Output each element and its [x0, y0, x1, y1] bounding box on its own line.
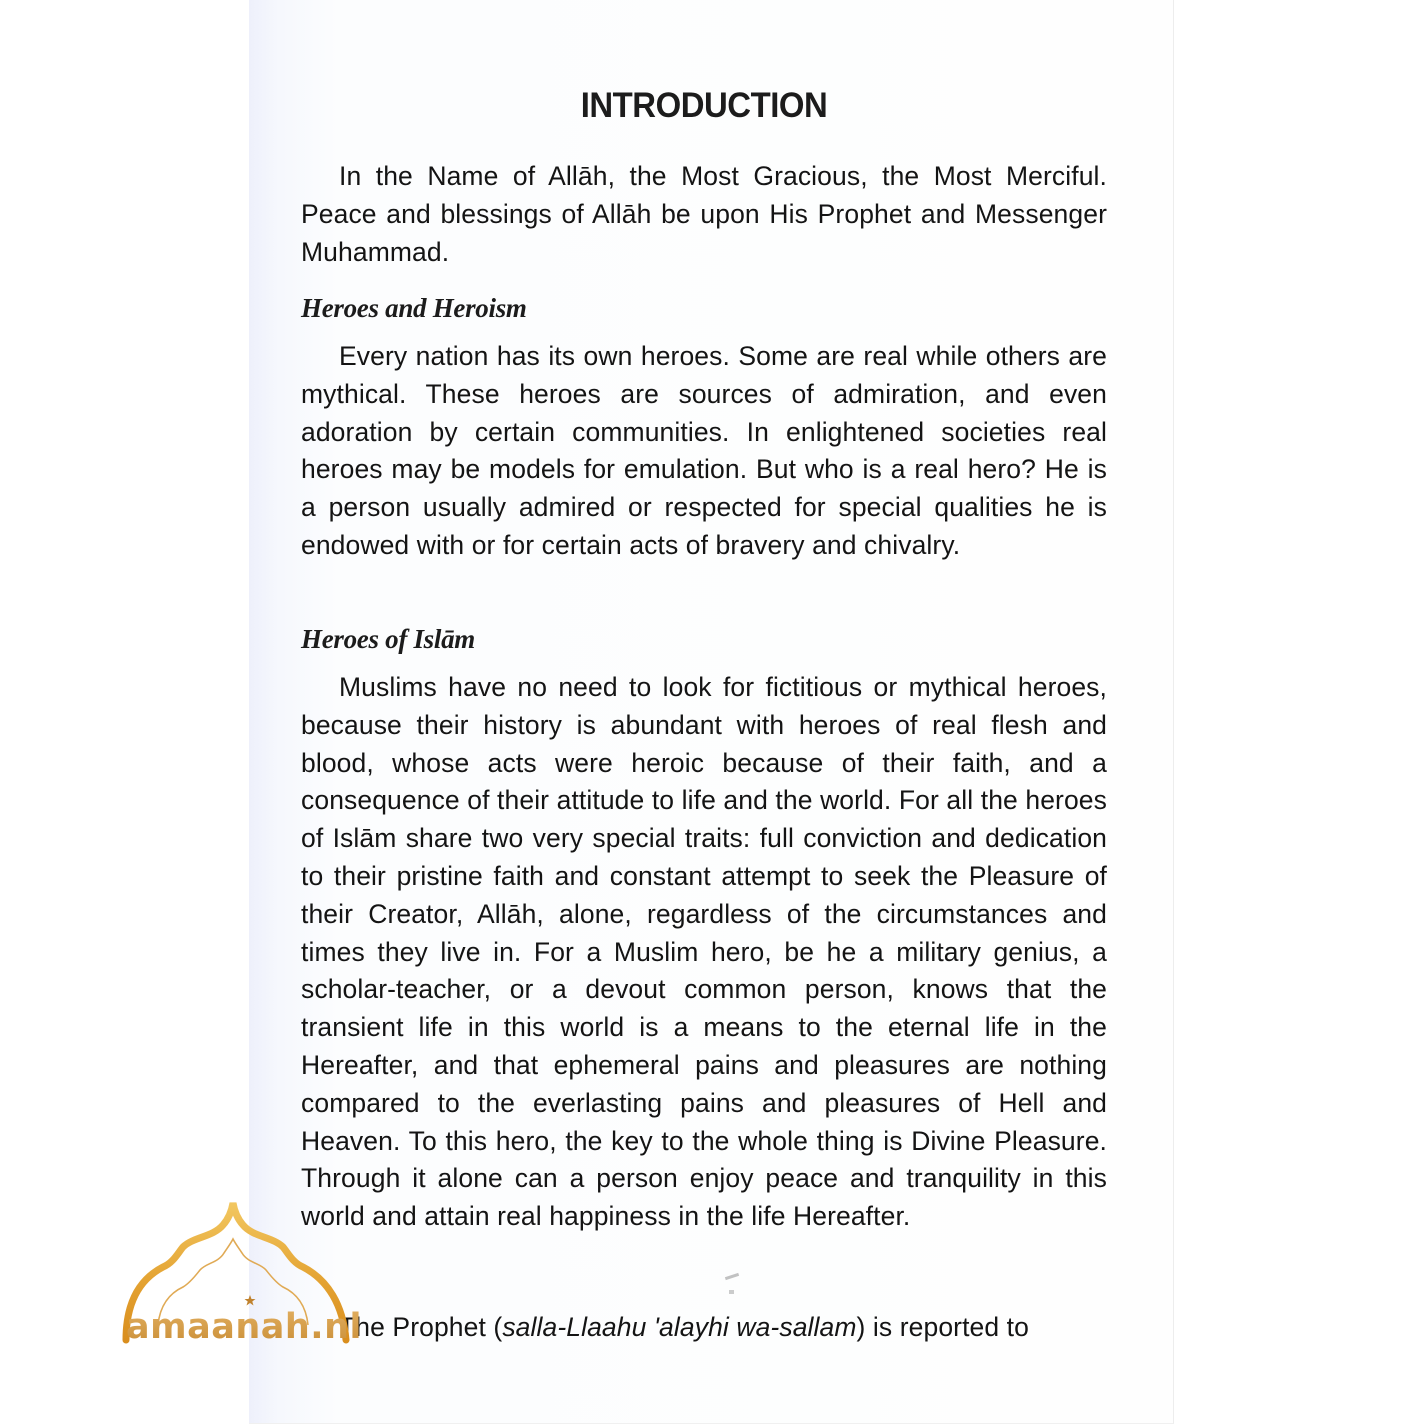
heroism-paragraph: Every nation has its own heroes. Some ar… — [301, 338, 1107, 565]
opening-paragraph-text: In the Name of Allāh, the Most Gracious,… — [301, 161, 1107, 267]
honorific-text: salla-Llaahu 'alayhi wa-sallam — [502, 1312, 856, 1342]
prophet-paragraph: The Prophet (salla-Llaahu 'alayhi wa-sal… — [301, 1309, 1107, 1347]
section-heading-heroes-and-heroism: Heroes and Heroism — [301, 293, 527, 324]
watermark-brand-text: amaanah.nl — [126, 1307, 362, 1347]
section-heading-heroes-of-islam: Heroes of Islām — [301, 624, 475, 655]
print-smudge — [729, 1290, 734, 1294]
page-title: INTRODUCTION — [325, 86, 1083, 126]
print-smudge — [725, 1273, 739, 1280]
prophet-text-end: ) is reported to — [857, 1312, 1029, 1342]
heroes-of-islam-paragraph: Muslims have no need to look for fictiti… — [301, 669, 1107, 1236]
opening-paragraph: In the Name of Allāh, the Most Gracious,… — [301, 158, 1107, 271]
book-page: INTRODUCTION In the Name of Allāh, the M… — [249, 0, 1174, 1424]
amaanah-watermark-logo[interactable]: amaanah.nl — [118, 1195, 368, 1355]
heroes-of-islam-paragraph-text: Muslims have no need to look for fictiti… — [301, 672, 1107, 1231]
heroism-paragraph-text: Every nation has its own heroes. Some ar… — [301, 341, 1107, 560]
